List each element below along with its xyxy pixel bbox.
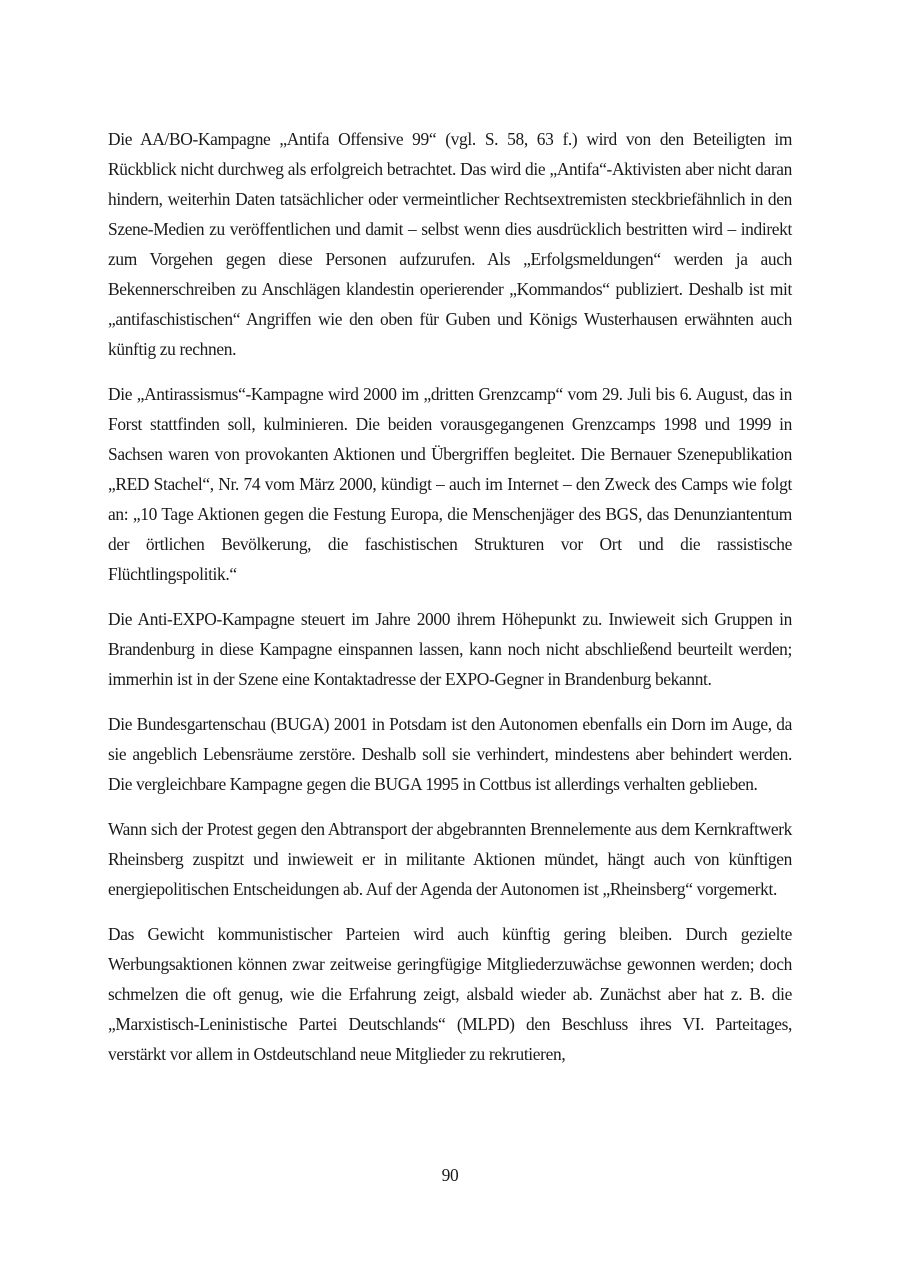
paragraph-anti-expo-kampagne: Die Anti-EXPO-Kampagne steuert im Jahre … xyxy=(108,604,792,694)
paragraph-antifa-offensive: Die AA/BO-Kampagne „Antifa Offensive 99“… xyxy=(108,124,792,364)
page-number: 90 xyxy=(0,1160,900,1190)
document-page: Die AA/BO-Kampagne „Antifa Offensive 99“… xyxy=(0,0,900,1271)
text-body: Die AA/BO-Kampagne „Antifa Offensive 99“… xyxy=(108,124,792,1084)
paragraph-buga: Die Bundesgartenschau (BUGA) 2001 in Pot… xyxy=(108,709,792,799)
paragraph-kommunistische-parteien: Das Gewicht kommunistischer Parteien wir… xyxy=(108,919,792,1069)
paragraph-rheinsberg: Wann sich der Protest gegen den Abtransp… xyxy=(108,814,792,904)
paragraph-antirassismus-kampagne: Die „Antirassismus“-Kampagne wird 2000 i… xyxy=(108,379,792,589)
